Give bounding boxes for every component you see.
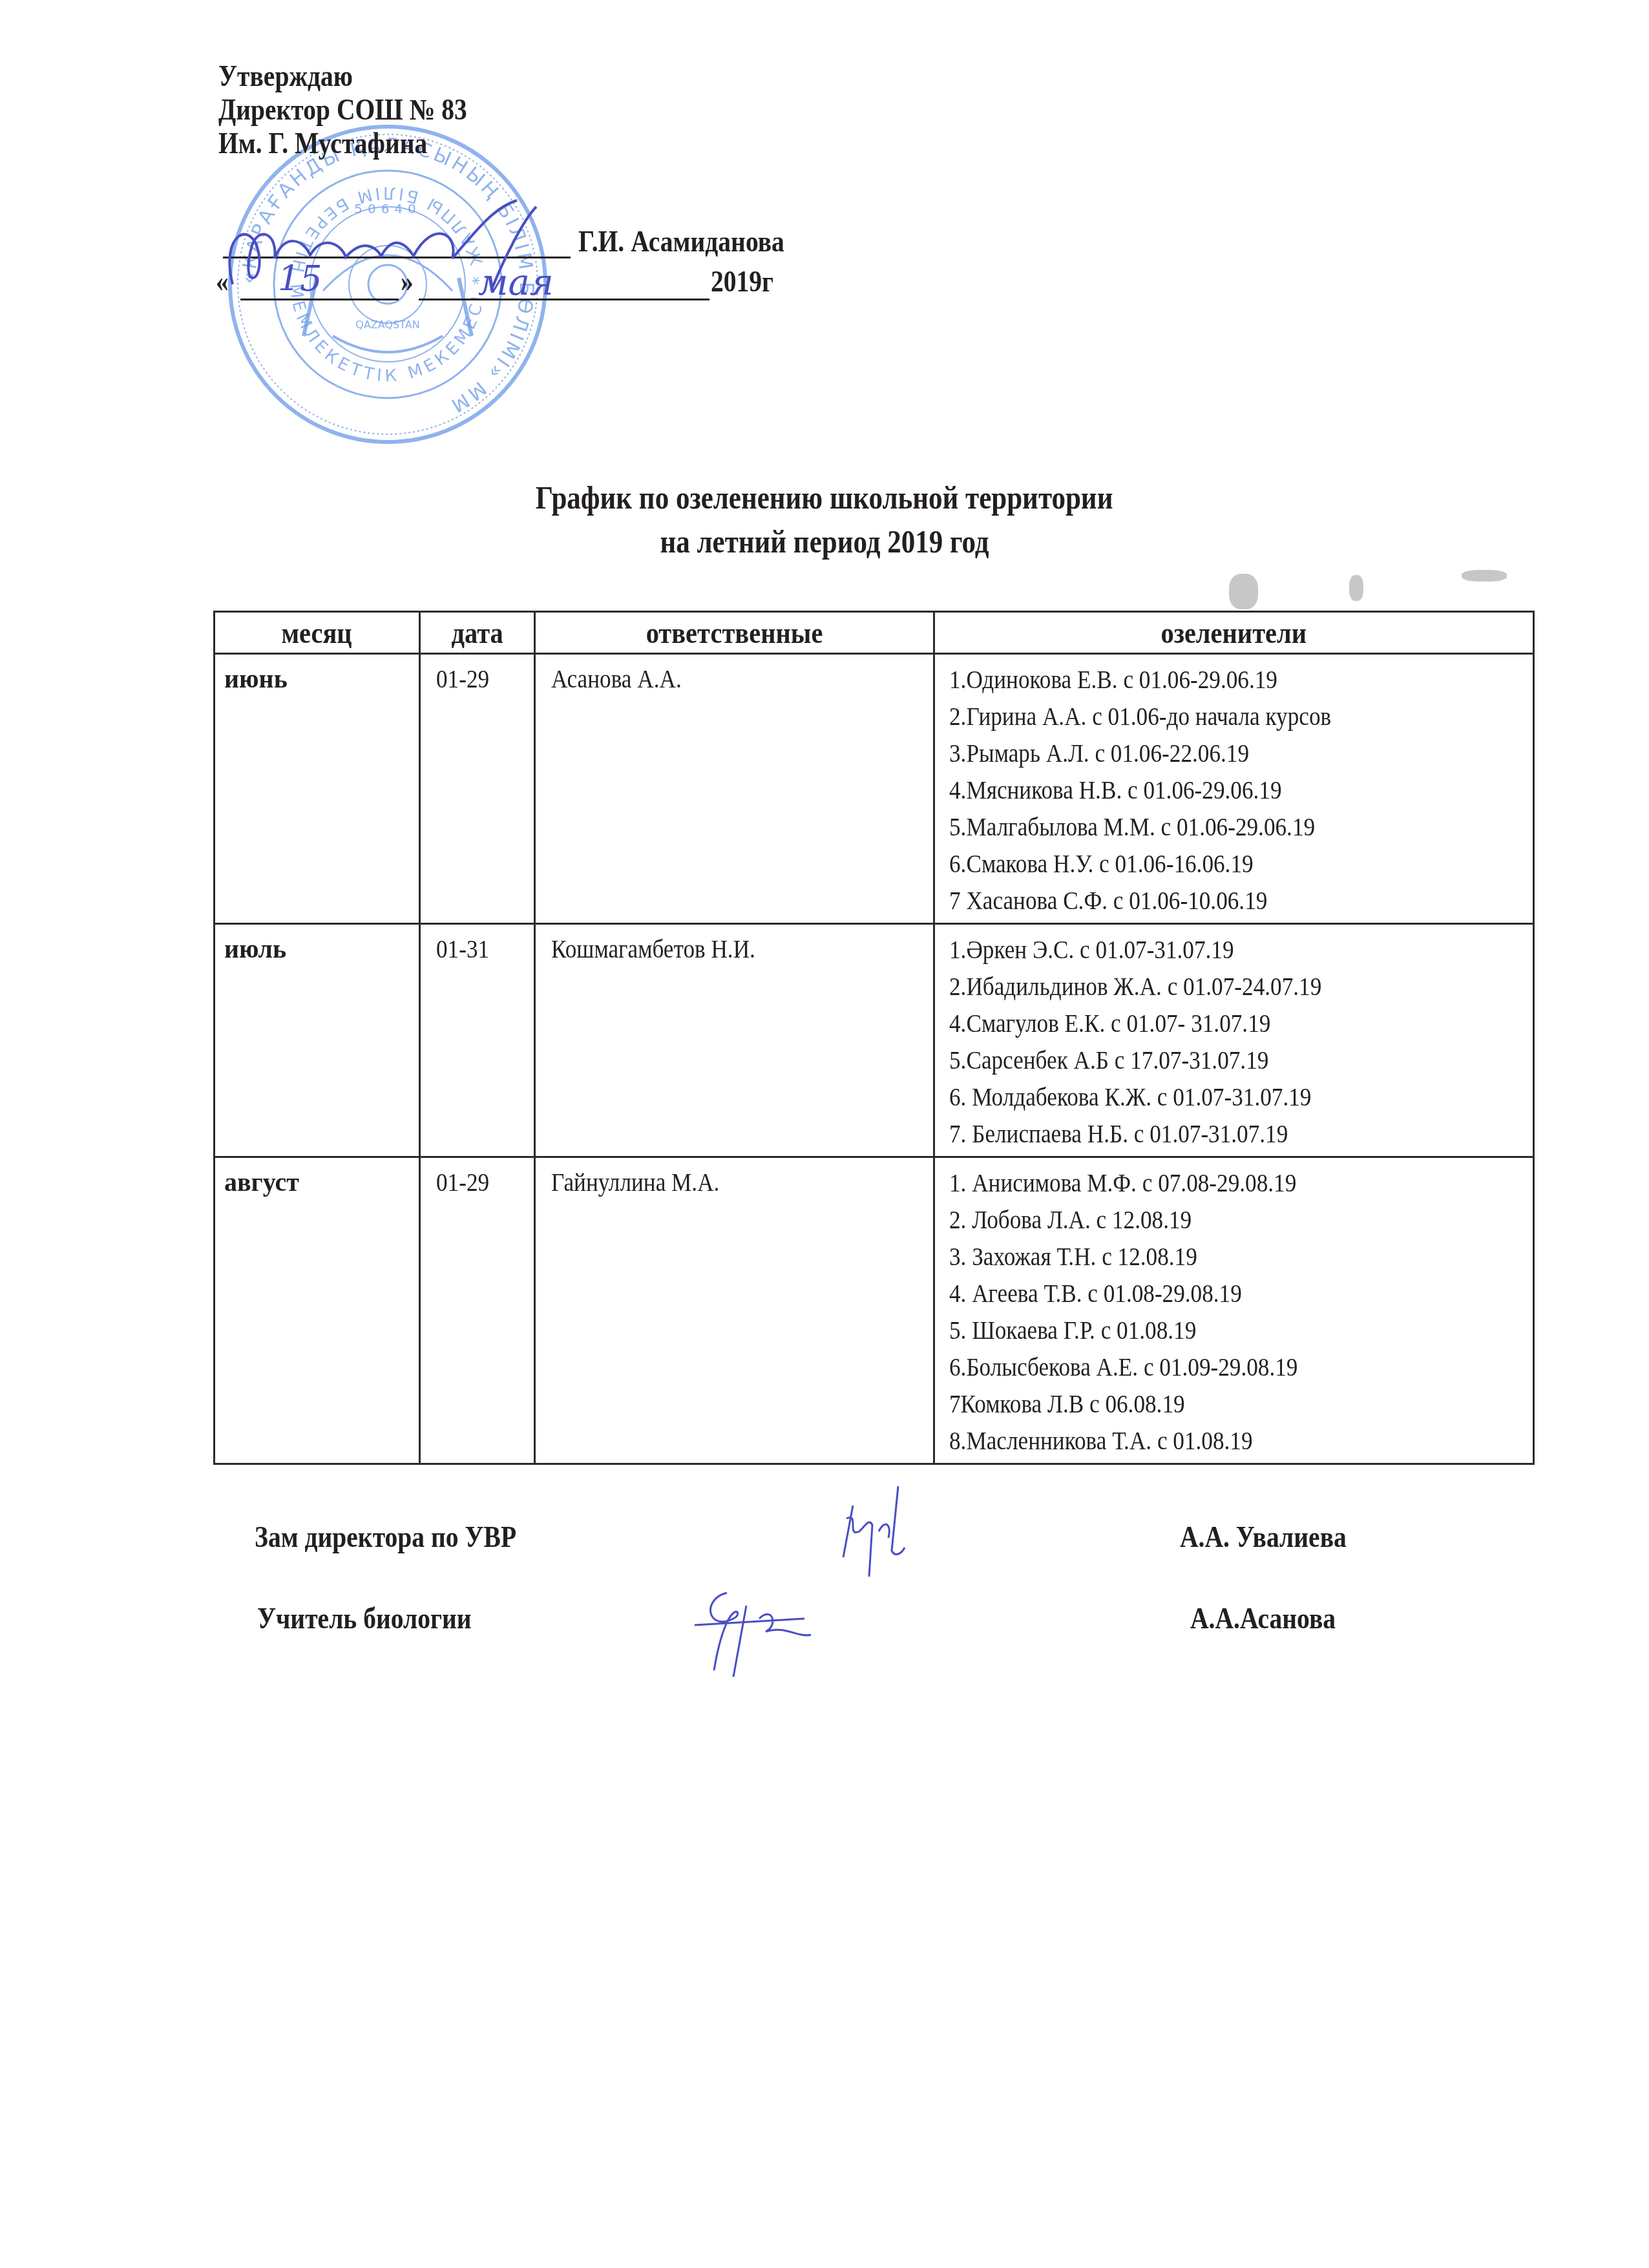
gardeners-cell: 1. Анисимова М.Ф. с 07.08-29.08.19 2. Ло… <box>934 1157 1534 1464</box>
date-cell: 01-31 <box>420 924 535 1157</box>
greening-schedule-table: месяц дата ответственные озеленители июн… <box>213 611 1535 1465</box>
list-item: 7 Хасанова С.Ф. с 01.06-10.06.19 <box>949 882 1533 919</box>
director-signature-icon <box>213 194 575 310</box>
list-item: 4.Мясникова Н.В. с 01.06-29.06.19 <box>949 772 1533 808</box>
gardeners-cell: 1.Әркен Э.С. с 01.07-31.07.19 2.Ибадильд… <box>934 924 1534 1157</box>
list-item: 6.Болысбекова А.Е. с 01.09-29.08.19 <box>949 1349 1533 1385</box>
date-cell: 01-29 <box>420 1157 535 1464</box>
list-item: 4. Агеева Т.В. с 01.08-29.08.19 <box>949 1275 1533 1312</box>
list-item: 6.Смакова Н.У. с 01.06-16.06.19 <box>949 845 1533 882</box>
list-item: 7Комкова Л.В с 06.08.19 <box>949 1385 1533 1422</box>
document-subtitle: на летний период 2019 год <box>0 522 1649 561</box>
list-item: 2.Гирина А.А. с 01.06-до начала курсов <box>949 698 1533 735</box>
responsible-cell: Кошмагамбетов Н.И. <box>535 924 934 1157</box>
responsible-cell: Асанова А.А. <box>535 654 934 924</box>
director-name: Г.И. Асамиданова <box>578 225 784 258</box>
list-item: 1.Әркен Э.С. с 01.07-31.07.19 <box>949 931 1533 968</box>
approval-school-name: Им. Г. Мустафина <box>218 127 427 160</box>
table-row: июль 01-31 Кошмагамбетов Н.И. 1.Әркен Э.… <box>215 924 1534 1157</box>
month-cell: август <box>215 1157 420 1464</box>
svg-text:QAZAQSTAN: QAZAQSTAN <box>355 319 419 331</box>
approval-position: Директор СОШ № 83 <box>218 93 467 127</box>
list-item: 5.Сарсенбек А.Б с 17.07-31.07.19 <box>949 1042 1533 1078</box>
table-header-row: месяц дата ответственные озеленители <box>215 612 1534 654</box>
signature-role-deputy: Зам директора по УВР <box>255 1520 559 1554</box>
teacher-signature-icon <box>688 1580 830 1683</box>
list-item: 7. Белиспаева Н.Б. с 01.07-31.07.19 <box>949 1115 1533 1152</box>
date-year: 2019г <box>711 265 773 299</box>
table-row: июнь 01-29 Асанова А.А. 1.Одинокова Е.В.… <box>215 654 1534 924</box>
list-item: 2. Лобова Л.А. с 12.08.19 <box>949 1201 1533 1238</box>
gardeners-cell: 1.Одинокова Е.В. с 01.06-29.06.19 2.Гири… <box>934 654 1534 924</box>
signature-name-teacher: А.А.Асанова <box>1190 1601 1360 1635</box>
scan-smudge <box>1229 574 1258 609</box>
deputy-signature-icon <box>808 1480 937 1583</box>
list-item: 1.Одинокова Е.В. с 01.06-29.06.19 <box>949 661 1533 698</box>
list-item: 5.Малгабылова М.М. с 01.06-29.06.19 <box>949 808 1533 845</box>
list-item: 5. Шокаева Г.Р. с 01.08.19 <box>949 1312 1533 1349</box>
gardeners-list: 1.Әркен Э.С. с 01.07-31.07.19 2.Ибадильд… <box>935 925 1533 1156</box>
list-item: 1. Анисимова М.Ф. с 07.08-29.08.19 <box>949 1164 1533 1201</box>
document-title: График по озеленению школьной территории <box>0 478 1649 517</box>
scan-smudge <box>1349 575 1363 601</box>
header-month: месяц <box>215 612 420 654</box>
table-row: август 01-29 Гайнуллина М.А. 1. Анисимов… <box>215 1157 1534 1464</box>
list-item: 2.Ибадильдинов Ж.А. с 01.07-24.07.19 <box>949 968 1533 1005</box>
gardeners-list: 1. Анисимова М.Ф. с 07.08-29.08.19 2. Ло… <box>935 1158 1533 1463</box>
list-item: 3. Захожая Т.Н. с 12.08.19 <box>949 1238 1533 1275</box>
list-item: 3.Рымарь А.Л. с 01.06-22.06.19 <box>949 735 1533 772</box>
approval-heading: Утверждаю <box>218 59 353 93</box>
signature-role-teacher: Учитель биологии <box>257 1601 506 1635</box>
signature-name-deputy: А.А. Увалиева <box>1180 1520 1374 1554</box>
scan-smudge <box>1462 570 1507 582</box>
month-cell: июнь <box>215 654 420 924</box>
month-cell: июль <box>215 924 420 1157</box>
header-date: дата <box>420 612 535 654</box>
date-cell: 01-29 <box>420 654 535 924</box>
list-item: 8.Масленникова Т.А. с 01.08.19 <box>949 1422 1533 1459</box>
header-responsible: ответственные <box>535 612 934 654</box>
gardeners-list: 1.Одинокова Е.В. с 01.06-29.06.19 2.Гири… <box>935 655 1533 923</box>
list-item: 4.Смагулов Е.К. с 01.07- 31.07.19 <box>949 1005 1533 1042</box>
responsible-cell: Гайнуллина М.А. <box>535 1157 934 1464</box>
list-item: 6. Молдабекова К.Ж. с 01.07-31.07.19 <box>949 1078 1533 1115</box>
header-gardeners: озеленители <box>934 612 1534 654</box>
